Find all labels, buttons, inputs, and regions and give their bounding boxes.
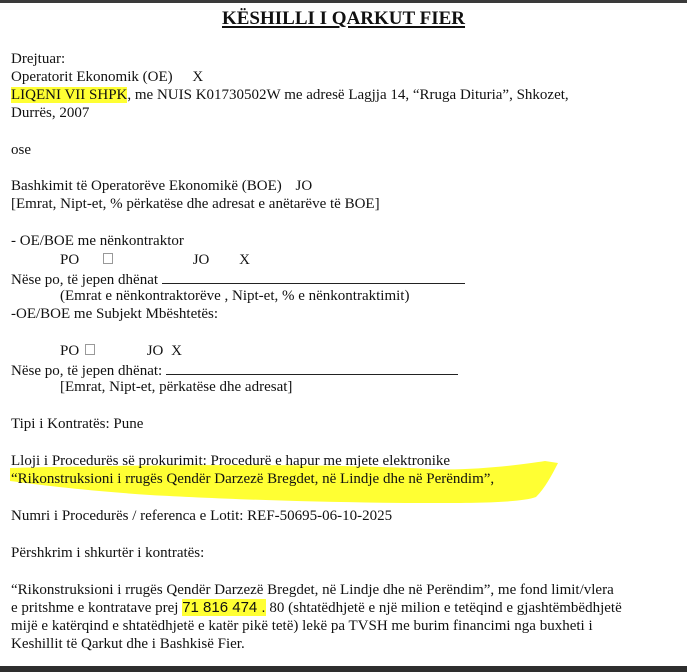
summary-line-2-post: 80 (shtatëdhjetë e një milion e tetëqind… (266, 600, 622, 616)
oe-line: Operatorit Ekonomik (OE) X (11, 68, 203, 86)
operator-details-cont: Durrës, 2007 (11, 104, 89, 122)
subcontractor-details-prompt: Nëse po, të jepen dhënat (11, 272, 158, 288)
procedure-reference: Numri i Procedurës / referenca e Lotit: … (11, 507, 392, 525)
project-title-line: “Rikonstruksioni i rrugës Qendër Darzezë… (11, 470, 494, 488)
subcontractor-no-label: JO (193, 252, 210, 268)
procedure-type: Lloji i Procedurës së prokurimit: Proced… (11, 452, 450, 470)
boe-label: Bashkimit të Operatorëve Ekonomikë (BOE) (11, 178, 282, 194)
oe-mark: X (192, 69, 203, 85)
document-page: KËSHILLI I QARKUT FIER Drejtuar: Operato… (0, 3, 687, 666)
addressee-label: Drejtuar: (11, 50, 65, 68)
summary-line-1: “Rikonstruksioni i rrugës Qendër Darzezë… (11, 581, 614, 599)
supporting-details-field[interactable] (166, 360, 458, 375)
supporting-entity-options: PO JO X (60, 342, 182, 360)
supporting-details-line: Nëse po, të jepen dhënat: (11, 360, 458, 380)
or-label: ose (11, 141, 31, 159)
supporting-entity-heading: -OE/BOE me Subjekt Mbështetës: (11, 305, 218, 323)
operator-line: LIQENI VII SHPK, me NUIS K01730502W me a… (11, 86, 569, 104)
operator-details: , me NUIS K01730502W me adresë Lagjja 14… (127, 87, 568, 103)
subcontractor-yes-label: PO (60, 252, 79, 268)
document-title: KËSHILLI I QARKUT FIER (0, 8, 687, 30)
subcontractor-yes-checkbox[interactable] (103, 253, 113, 264)
subcontractor-details-field[interactable] (162, 269, 465, 284)
subcontractor-options: PO JO X (60, 251, 250, 269)
summary-line-2-pre: e pritshme e kontratave prej (11, 600, 182, 616)
oe-label: Operatorit Ekonomik (OE) (11, 69, 173, 85)
subcontractor-details-line: Nëse po, të jepen dhënat (11, 269, 465, 289)
supporting-details-prompt: Nëse po, të jepen dhënat: (11, 363, 162, 379)
summary-line-2: e pritshme e kontratave prej 71 816 474 … (11, 599, 622, 617)
boe-value: JO (296, 178, 313, 194)
contract-amount-highlighted: 71 816 474 . (182, 599, 265, 616)
summary-label: Përshkrim i shkurtër i kontratës: (11, 544, 204, 562)
subcontractor-no-mark: X (239, 252, 250, 268)
subcontractor-heading: - OE/BOE me nënkontraktor (11, 232, 184, 250)
supporting-no-mark: X (171, 343, 182, 359)
supporting-details-hint: [Emrat, Nipt-et, përkatëse dhe adresat] (60, 378, 292, 396)
supporting-yes-label: PO (60, 343, 79, 359)
operator-name-highlighted: LIQENI VII SHPK (11, 87, 127, 103)
subcontractor-details-hint: (Emrat e nënkontraktorëve , Nipt-et, % e… (60, 287, 409, 305)
viewer-bottom-bar (0, 666, 687, 672)
summary-line-3: mijë e katërqind e shtatëdhjetë e katër … (11, 617, 593, 635)
boe-line: Bashkimit të Operatorëve Ekonomikë (BOE)… (11, 177, 312, 195)
supporting-no-label: JO (147, 343, 164, 359)
summary-line-4: Keshillit të Qarkut dhe i Bashkisë Fier. (11, 635, 245, 653)
contract-type: Tipi i Kontratës: Pune (11, 415, 143, 433)
supporting-yes-checkbox[interactable] (85, 344, 95, 355)
boe-hint: [Emrat, Nipt-et, % përkatëse dhe adresat… (11, 195, 380, 213)
